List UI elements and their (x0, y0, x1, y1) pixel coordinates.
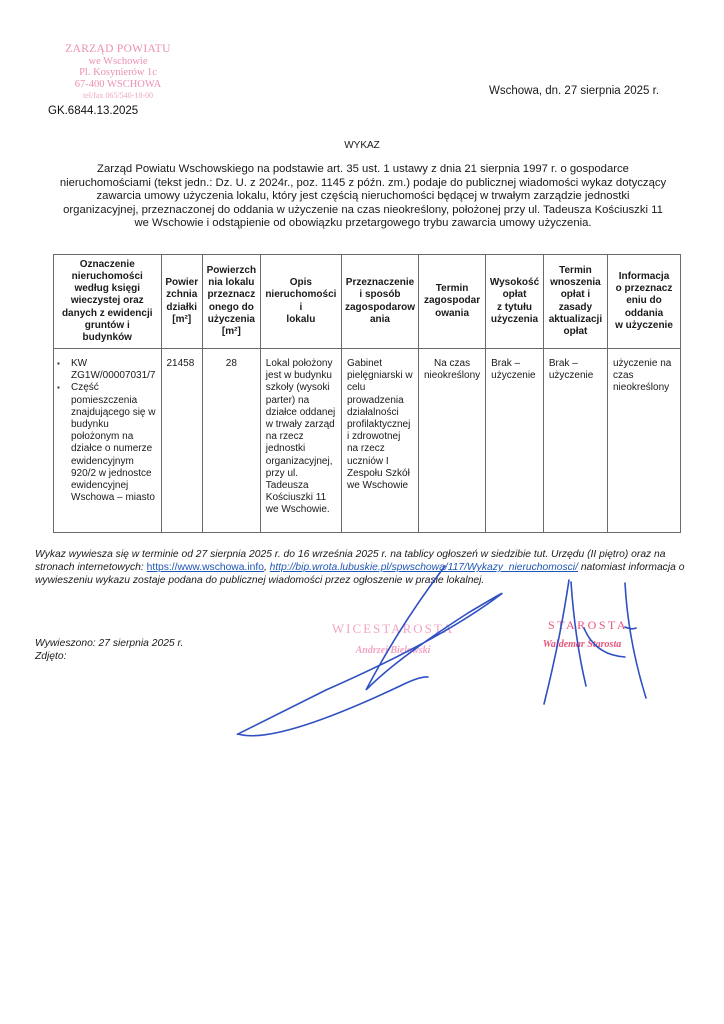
cell-info: użyczenie na czas nieokreślony (608, 349, 681, 533)
cell-purpose: Gabinet pielęgniarski w celu prowadzenia… (341, 349, 418, 533)
property-table: Oznaczenienieruchomościwedług księgiwiec… (53, 254, 681, 533)
stamp-name: Waldemar Starosta (516, 639, 648, 650)
header-purpose: Przeznaczeniei sposóbzagospodarowania (341, 255, 418, 349)
stamp-line: tel/fax 065/540-18-00 (58, 90, 178, 102)
cell-fee-terms: Brak – użyczenie (543, 349, 607, 533)
link-wschowa-info[interactable]: https://www.wschowa.info (147, 562, 264, 573)
designation-kw: KW ZG1W/00007031/7 (65, 358, 156, 382)
stamp-line: ZARZĄD POWIATU (58, 44, 178, 56)
stamp-role: WICESTAROSTA (318, 621, 468, 637)
header-unit-area: Powierzchnia lokaluprzeznaczonego doużyc… (202, 255, 260, 349)
stamp-role: STAROSTA (528, 618, 648, 633)
cell-designation: KW ZG1W/00007031/7 Część pomieszczenia z… (54, 349, 162, 533)
starosta-stamp: STAROSTA Waldemar Starosta (528, 618, 648, 650)
cell-description: Lokal położony jest w budynku szkoły (wy… (260, 349, 341, 533)
reference-number: GK.6844.13.2025 (48, 105, 138, 117)
document-title: WYKAZ (0, 140, 724, 151)
cell-plot-area: 21458 (161, 349, 202, 533)
posting-notice: Wykaz wywiesza się w terminie od 27 sier… (35, 548, 685, 587)
header-term: Terminzagospodarowania (419, 255, 486, 349)
office-stamp: ZARZĄD POWIATU we Wschowie Pl. Kosynieró… (58, 44, 178, 102)
header-fees: Wysokośćopłatz tytułuużyczenia (486, 255, 544, 349)
removed-date: Zdjęto: (35, 650, 183, 663)
cell-fees: Brak – użyczenie (486, 349, 544, 533)
link-bip-wykazy[interactable]: http://bip.wrota.lubuskie.pl/spwschowa/1… (270, 562, 578, 573)
header-designation: Oznaczenienieruchomościwedług księgiwiec… (54, 255, 162, 349)
designation-part: Część pomieszczenia znajdującego się w b… (65, 382, 156, 504)
header-info: Informacjao przeznaczeniu dooddaniaw uży… (608, 255, 681, 349)
stamp-line: we Wschowie (58, 56, 178, 68)
header-plot-area: Powierzchniadziałki[m²] (161, 255, 202, 349)
cell-unit-area: 28 (202, 349, 260, 533)
table-header-row: Oznaczenienieruchomościwedług księgiwiec… (54, 255, 681, 349)
intro-paragraph: Zarząd Powiatu Wschowskiego na podstawie… (58, 163, 668, 231)
cell-term: Na czas nieokreślony (419, 349, 486, 533)
posting-dates: Wywieszono: 27 sierpnia 2025 r. Zdjęto: (35, 637, 183, 663)
posted-date: Wywieszono: 27 sierpnia 2025 r. (35, 637, 183, 650)
stamp-line: 67-400 WSCHOWA (58, 79, 178, 91)
place-date: Wschowa, dn. 27 sierpnia 2025 r. (489, 85, 659, 97)
stamp-name: Andrzej Bielowski (318, 645, 468, 656)
header-fee-terms: Terminwnoszeniaopłat izasadyaktualizacji… (543, 255, 607, 349)
stamp-line: Pl. Kosynierów 1c (58, 67, 178, 79)
table-row: KW ZG1W/00007031/7 Część pomieszczenia z… (54, 349, 681, 533)
vice-starosta-stamp: WICESTAROSTA Andrzej Bielowski (318, 621, 468, 656)
header-description: Opisnieruchomości ilokalu (260, 255, 341, 349)
